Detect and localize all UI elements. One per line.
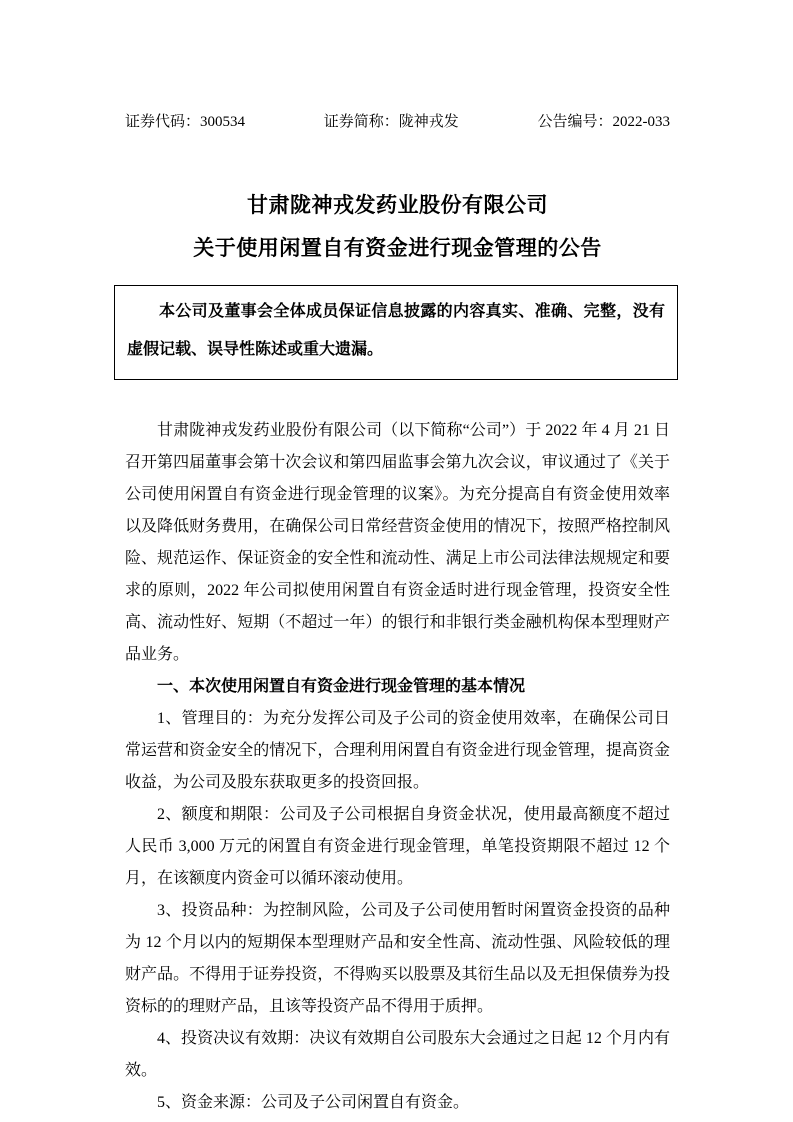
document-body: 甘肃陇神戎发药业股份有限公司（以下简称“公司”）于 2022 年 4 月 21 … [125, 415, 670, 1119]
stock-name: 证券简称：陇神戎发 [324, 112, 459, 132]
disclaimer-box: 本公司及董事会全体成员保证信息披露的内容真实、准确、完整，没有虚假记载、误导性陈… [114, 285, 678, 380]
announcement-page: 证券代码：300534 证券简称：陇神戎发 公告编号：2022-033 甘肃陇神… [0, 0, 793, 1122]
announcement-title: 关于使用闲置自有资金进行现金管理的公告 [125, 227, 670, 270]
company-name-title: 甘肃陇神戎发药业股份有限公司 [125, 184, 670, 227]
section-1-item-5: 5、资金来源：公司及子公司闲置自有资金。 [125, 1087, 670, 1119]
section-1-item-4: 4、投资决议有效期：决议有效期自公司股东大会通过之日起 12 个月内有效。 [125, 1023, 670, 1087]
section-1-item-1: 1、管理目的：为充分发挥公司及子公司的资金使用效率，在确保公司日常运营和资金安全… [125, 703, 670, 799]
stock-code: 证券代码：300534 [125, 112, 245, 132]
title-block: 甘肃陇神戎发药业股份有限公司 关于使用闲置自有资金进行现金管理的公告 [125, 184, 670, 270]
section-1-item-3: 3、投资品种：为控制风险，公司及子公司使用暂时闲置资金投资的品种为 12 个月以… [125, 895, 670, 1023]
disclaimer-text: 本公司及董事会全体成员保证信息披露的内容真实、准确、完整，没有虚假记载、误导性陈… [127, 293, 665, 369]
section-1-heading: 一、本次使用闲置自有资金进行现金管理的基本情况 [125, 671, 670, 703]
document-header: 证券代码：300534 证券简称：陇神戎发 公告编号：2022-033 [125, 112, 670, 132]
section-1-item-2: 2、额度和期限：公司及子公司根据自身资金状况，使用最高额度不超过人民币 3,00… [125, 799, 670, 895]
announcement-number: 公告编号：2022-033 [538, 112, 671, 132]
intro-paragraph: 甘肃陇神戎发药业股份有限公司（以下简称“公司”）于 2022 年 4 月 21 … [125, 415, 670, 671]
